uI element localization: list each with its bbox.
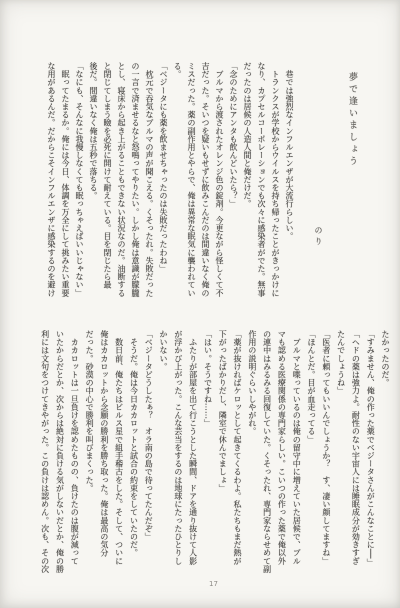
text-column: ブルマと喋っているのは俺の留守中に増えていた居候で、ブル (288, 330, 303, 582)
text-column: だったのは居候の人造人間と俺だけだ。 (240, 62, 254, 302)
text-column: 「ほんとだ。目が血走ってる」 (303, 330, 318, 582)
text-column: 眠ってたまるか。俺には今日、体調を万全にして挑みたい重要 (58, 62, 72, 302)
text-column: 数日前、俺たちはビルス星で組手稽古をした。そして、ついに (111, 330, 126, 582)
text-column: 下がったばかりだし、隣室で休んでましょ」 (214, 330, 229, 582)
text-column: トランクスが学校からウイルスを持ち帰ったことがきっかけに (268, 62, 282, 302)
text-column: 作用の説明ぐらいしやがれ。 (244, 330, 259, 582)
text-column: 「はい。そうですね……」 (200, 330, 215, 582)
text-column: そうだ。俺は今日カカロットと試合の約束をしていたのだ。 (126, 330, 141, 582)
text-column: 「すみません、俺の作った薬でベジータさんがこんなことに──」 (362, 330, 377, 582)
text-column: だった。砂漠の中心で勝利を叫びまくった。 (81, 330, 96, 582)
text-column: が浮かび上がった。こんな芸当をするのは地球にたったひとりし (170, 330, 185, 582)
text-column: ふたりが部屋を出て行こうとした瞬間、ドアを通り抜けて人影 (185, 330, 200, 582)
text-column: 「薬が抜ければケロッとして起きてくるわよ。私たちもまだ熱が (229, 330, 244, 582)
text-column: 「ベジータにも薬を飲ませちゃったのは失敗だったわね」 (156, 62, 170, 302)
text-column: カカロットは一旦負けを認めたものの、負けたのは腹が減って (66, 330, 81, 582)
text-column: 後だ。間違いなく俺は五秒で落ちる。 (86, 62, 100, 302)
story-text-top-block: 巷では強烈なインフルエンザが大流行らしい。 トランクスが学校からウイルスを持ち帰… (43, 62, 296, 302)
text-column: 「医者に頼ってもいいんでしょうか？ す、凄い顔してますね」 (318, 330, 333, 582)
text-column: 枕元で吞気なブルマの声が聞こえる。くそったれ。失敗だった (142, 62, 156, 302)
text-column: たんでしょうね」 (333, 330, 348, 582)
text-column: の連中はみるみる回復していた。くそったれ、専門家ならせめて副 (259, 330, 274, 582)
text-column: なり、カプセルコーポレーションでも次々に感染者がでた。無事 (254, 62, 268, 302)
text-column: 俺はカカロットから念願の勝利を勝ち取った。俺は最高の気分 (96, 330, 111, 582)
text-column: 「ヘドの薬は強力よ。耐性のない宇宙人には睡眠成分が効きすぎ (348, 330, 363, 582)
text-column: の一言で済ませるなと怒鳴ってやりたい。しかし俺は意識が朦朧 (128, 62, 142, 302)
text-column: 利には文句をつけてきやがった。この負けは認めん。次も、その次 (37, 330, 52, 582)
text-column: 「なにも、そんなに我慢しなくても眠っちゃえばいいじゃない」 (72, 62, 86, 302)
text-column: る。 (170, 62, 184, 302)
scanned-page: 夢で逢いましょう のり 巷では強烈なインフルエンザが大流行らしい。 トランクスが… (0, 0, 400, 608)
text-column: とし、寝床から起き上がることもできない状況なのだ。油断する (114, 62, 128, 302)
text-column: 「念のためにアンタも飲んどいたら？」 (226, 62, 240, 302)
text-column: マも認める医療関係の専門家らしい。こいつの作った薬で俺以外 (274, 330, 289, 582)
text-column: と閉じてしまう瞼を必死に開けて耐えている。目を閉じたら最 (100, 62, 114, 302)
story-title: 夢で逢いましょう (346, 72, 359, 182)
page-number: 17 (209, 580, 218, 588)
text-column: 「ベジータどうしたぁ？ オラ南の島で待ってたんだぞ」 (140, 330, 155, 582)
author-name: のり (313, 226, 324, 256)
text-column: たかったのだ。 (377, 330, 392, 582)
text-column: ブルマから渡されたオレンジ色の錠剤。今更ながら怪しくて不 (212, 62, 226, 302)
text-column: かいない。 (155, 330, 170, 582)
text-column: ミスだった。薬の副作用とやらで、俺は異常な眠気に襲われてい (184, 62, 198, 302)
story-text-bottom-block: たかったのだ。 「すみません、俺の作った薬でベジータさんがこんなことに──」 「… (36, 330, 392, 582)
text-column: 巷では強烈なインフルエンザが大流行らしい。 (282, 62, 296, 302)
text-column: 吉だった。そいつを疑いもせずに飲みこんだのは間違いなく俺の (198, 62, 212, 302)
text-column: いたからだとか、次からは絶対に負ける気がしないだとか、俺の勝 (52, 330, 67, 582)
text-column: な用があるんだ。だからこそインフルエンザに感染するのを避け (44, 62, 58, 302)
